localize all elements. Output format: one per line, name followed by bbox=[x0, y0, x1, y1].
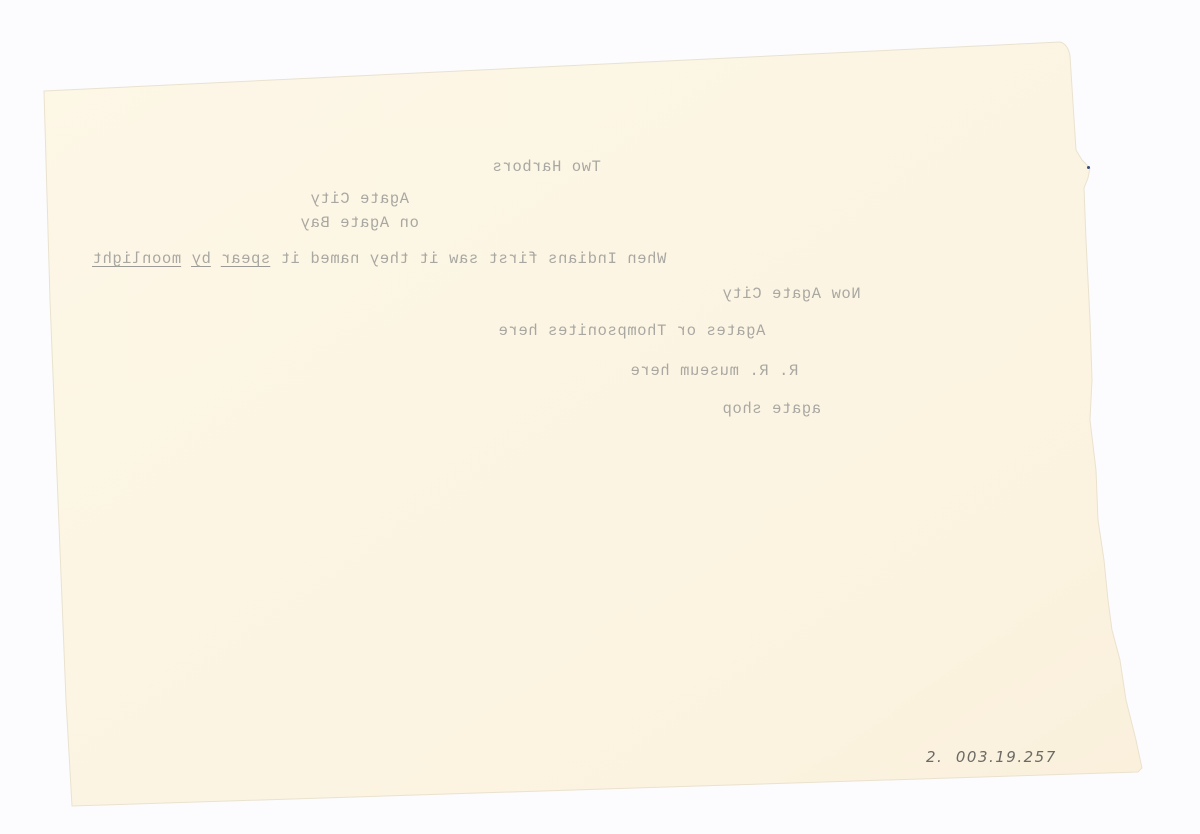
ink-speck bbox=[1087, 166, 1090, 169]
underlined-spear: spear bbox=[221, 250, 271, 268]
typed-line-2: Now Agate City bbox=[722, 285, 861, 303]
typed-subtitle-1: Agate City bbox=[310, 190, 409, 208]
typed-line-3: Agates or Thompsonites here bbox=[498, 322, 765, 340]
line-1-text: When Indians first saw it they named it bbox=[270, 250, 666, 268]
paper-sheet bbox=[0, 0, 1200, 834]
typed-line-4: R. R. museum here bbox=[630, 362, 798, 380]
typed-line-1: When Indians first saw it they named it … bbox=[92, 250, 666, 268]
typed-subtitle-2: on Agate Bay bbox=[300, 214, 419, 232]
accession-id: 003.19.257 bbox=[956, 748, 1057, 766]
typed-line-5: agate shop bbox=[722, 400, 821, 418]
underlined-moonlight: moonlight bbox=[92, 250, 181, 268]
typed-title: Two Harbors bbox=[492, 158, 601, 176]
accession-prefix: 2. bbox=[926, 748, 943, 766]
underlined-by: by bbox=[191, 250, 211, 268]
accession-number: 2. 003.19.257 bbox=[926, 748, 1057, 766]
space bbox=[211, 250, 221, 268]
scanned-document: Two Harbors Agate City on Agate Bay When… bbox=[0, 0, 1200, 834]
space bbox=[181, 250, 191, 268]
